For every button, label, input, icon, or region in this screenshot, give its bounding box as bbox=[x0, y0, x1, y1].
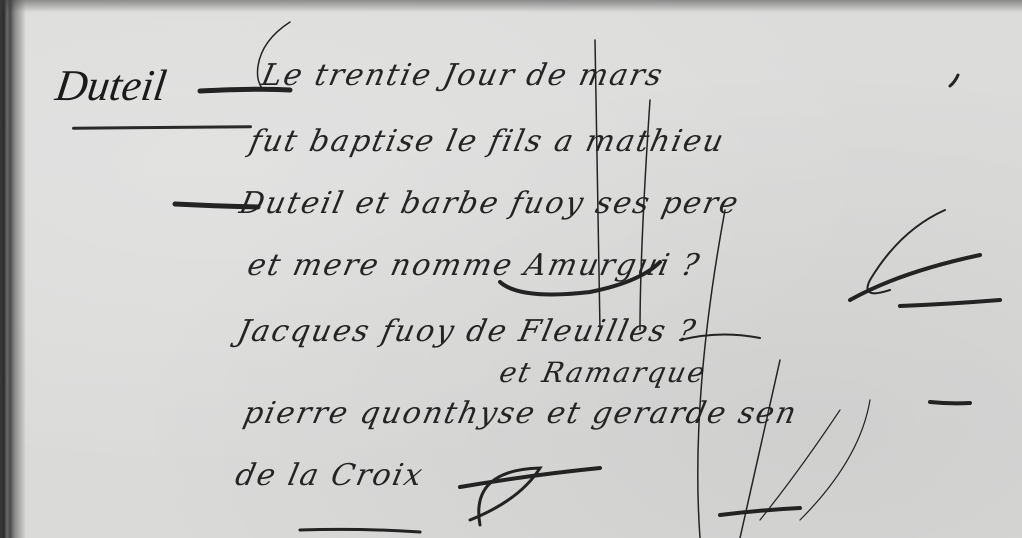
manuscript-page: Duteil Le trentie Jour de mars fut bapti… bbox=[0, 0, 1022, 538]
pen-flourishes bbox=[0, 0, 1022, 538]
